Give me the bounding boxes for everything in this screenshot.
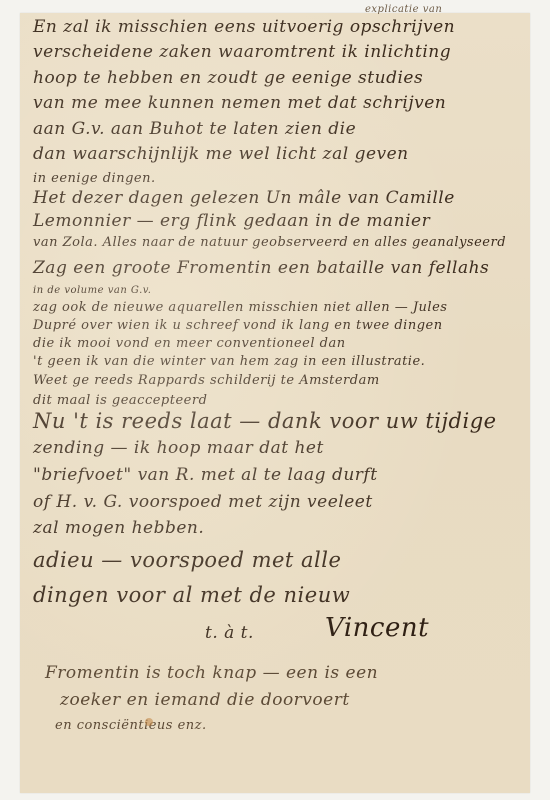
text-line: Het dezer dagen gelezen Un mâle van Cami… [33, 188, 455, 208]
text-line: in de volume van G.v. [33, 285, 151, 296]
text-line: of H. v. G. voorspoed met zijn veeleet [33, 492, 373, 512]
letter-page: explicatie van En zal ik misschien eens … [20, 13, 530, 793]
text-line: in eenige dingen. [33, 171, 156, 186]
postscript-line: en consciëntieus enz. [55, 718, 207, 733]
text-line: dit maal is geaccepteerd [33, 393, 207, 408]
text-line: Zag een groote Fromentin een bataille va… [33, 258, 489, 278]
text-line: Nu 't is reeds laat — dank voor uw tijdi… [33, 409, 497, 433]
ink-stain [145, 718, 153, 726]
interlinear-note: explicatie van [365, 4, 442, 15]
text-line: 't geen ik van die winter van hem zag in… [33, 354, 425, 369]
text-line: adieu — voorspoed met alle [33, 548, 341, 572]
text-line: zending — ik hoop maar dat het [33, 438, 324, 458]
text-line: aan G.v. aan Buhot te laten zien die [33, 119, 356, 139]
text-line: verscheidene zaken waaromtrent ik inlich… [33, 42, 451, 62]
text-line: zag ook de nieuwe aquarellen misschien n… [33, 300, 447, 315]
text-line: die ik mooi vond en meer conventioneel d… [33, 336, 346, 351]
text-line: dan waarschijnlijk me wel licht zal geve… [33, 144, 409, 164]
text-line: van Zola. Alles naar de natuur geobserve… [33, 235, 506, 250]
text-line: Weet ge reeds Rappards schilderij te Ams… [33, 373, 380, 388]
text-line: van me mee kunnen nemen met dat schrijve… [33, 93, 446, 113]
text-line: Dupré over wien ik u schreef vond ik lan… [33, 318, 443, 333]
text-line: En zal ik misschien eens uitvoerig opsch… [33, 17, 455, 37]
text-line: Lemonnier — erg flink gedaan in de manie… [33, 211, 430, 231]
postscript-line: Fromentin is toch knap — een is een [45, 663, 378, 683]
text-line: dingen voor al met de nieuw [33, 583, 350, 607]
text-line: "briefvoet" van R. met al te laag durft [33, 465, 378, 485]
signature: Vincent [325, 613, 429, 643]
postscript-line: zoeker en iemand die doorvoert [60, 690, 350, 710]
text-line: zal mogen hebben. [33, 518, 204, 538]
closing: t. à t. [205, 623, 254, 643]
text-line: hoop te hebben en zoudt ge eenige studie… [33, 68, 423, 88]
